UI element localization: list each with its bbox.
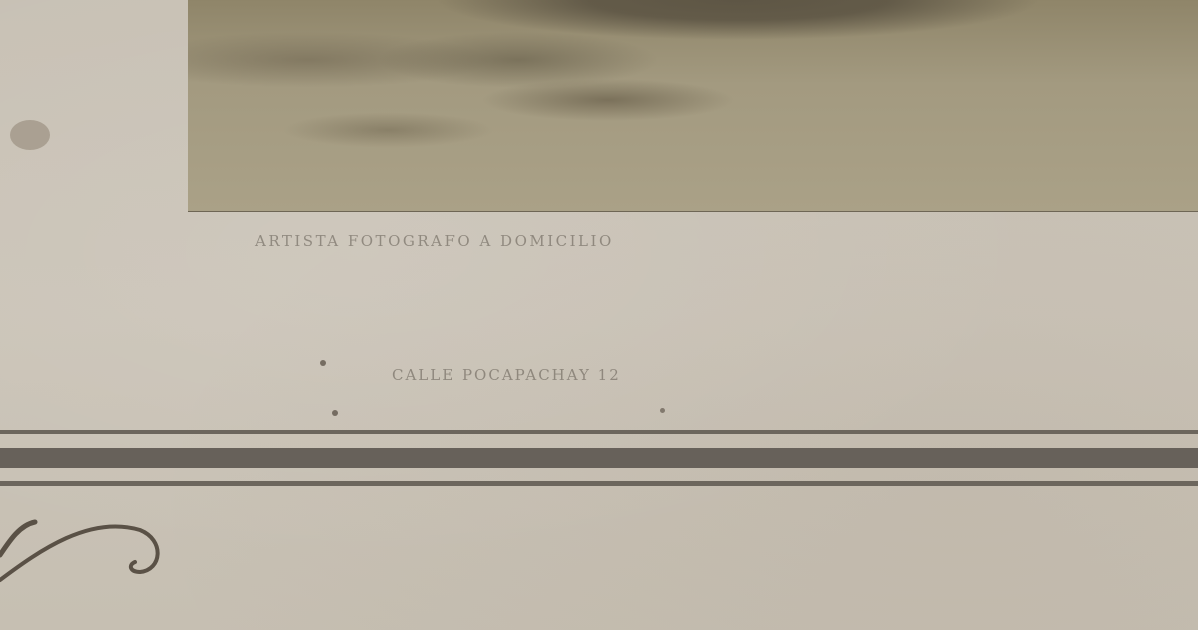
border-rule-thick	[0, 448, 1198, 468]
imprint-line-1: ARTISTA FOTOGRAFO A DOMICILIO	[255, 232, 614, 250]
foxing-stain	[660, 408, 665, 413]
border-rule-thin-top	[0, 430, 1198, 434]
ink-flourish	[0, 510, 180, 600]
foxing-stain	[332, 410, 338, 416]
imprint-line-2: CALLE POCAPACHAY 12	[392, 366, 621, 384]
foxing-stain	[320, 360, 326, 366]
foxing-stain	[10, 120, 50, 150]
border-rule-thin-bottom	[0, 481, 1198, 486]
photograph-print	[188, 0, 1198, 211]
